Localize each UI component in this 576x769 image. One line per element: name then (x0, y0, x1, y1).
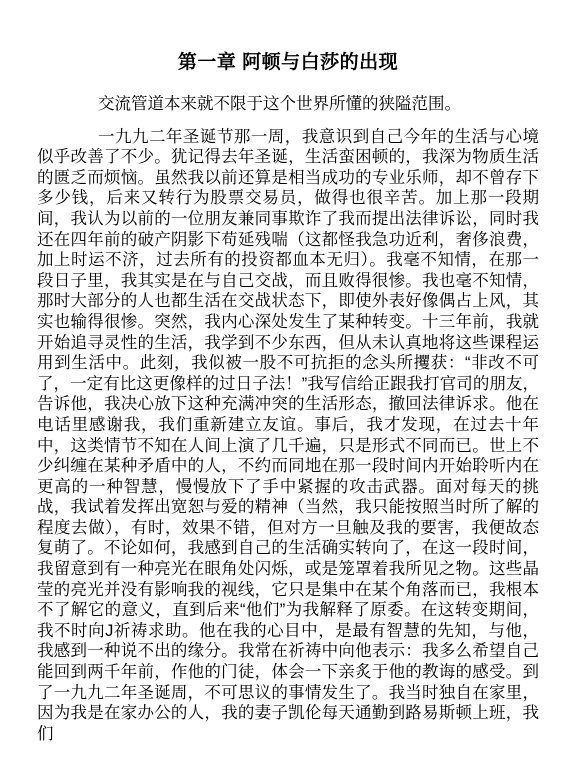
chapter-title: 第一章 阿顿与白莎的出现 (37, 52, 539, 74)
book-page: 第一章 阿顿与白莎的出现 交流管道本来就不限于这个世界所懂的狭隘范围。 一九九二… (0, 0, 576, 769)
body-paragraph: 一九九二年圣诞节那一周，我意识到自己今年的生活与心境似乎改善了不少。犹记得去年圣… (37, 127, 539, 745)
epigraph-line: 交流管道本来就不限于这个世界所懂的狭隘范围。 (37, 94, 539, 115)
